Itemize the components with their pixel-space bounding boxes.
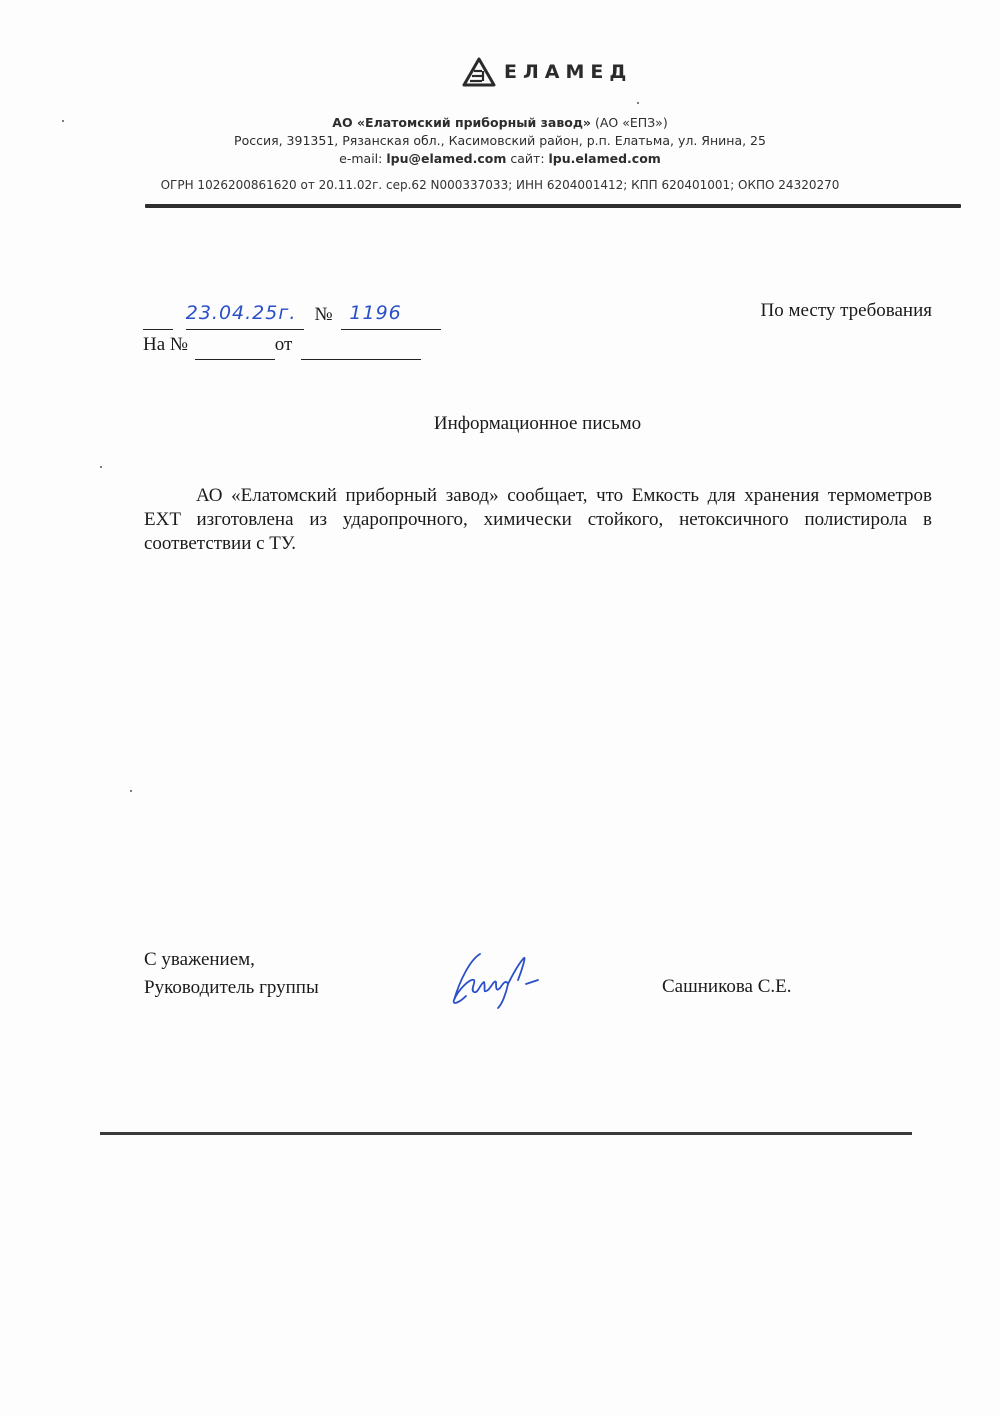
date-handwritten: 23.04.25г.: [186, 298, 297, 328]
company-info: АО «Елатомский приборный завод» (АО «ЕПЗ…: [0, 114, 1000, 168]
email-label: e-mail:: [339, 151, 386, 166]
outgoing-ref-line: 23.04.25г. № 1196: [143, 300, 441, 330]
handwritten-signature: [440, 950, 590, 1015]
company-logo: ЕЛАМЕД: [462, 54, 632, 90]
closing-block: С уважением, Руководитель группы: [144, 946, 319, 1002]
number-handwritten: 1196: [349, 298, 401, 328]
company-contacts: e-mail: lpu@elamed.com сайт: lpu.elamed.…: [0, 150, 1000, 168]
signature-icon: [440, 950, 590, 1010]
elamed-triangle-icon: [462, 57, 496, 87]
site-link[interactable]: lpu.elamed.com: [549, 151, 661, 166]
company-short-name: (АО «ЕПЗ»): [591, 115, 668, 130]
number-label: №: [315, 304, 333, 325]
addressee: По месту требования: [760, 300, 932, 322]
reference-block: 23.04.25г. № 1196 На № от: [143, 300, 441, 360]
from-label: от: [275, 334, 293, 355]
scan-speck: [637, 102, 639, 104]
letter-body: АО «Елатомский приборный завод» сообщает…: [144, 484, 932, 556]
site-label: сайт:: [506, 151, 548, 166]
company-address: Россия, 391351, Рязанская обл., Касимовс…: [0, 132, 1000, 150]
date-field: 23.04.25г.: [186, 307, 304, 330]
closing-greeting: С уважением,: [144, 946, 319, 974]
reply-date-blank: [301, 337, 421, 360]
registration-details: ОГРН 1026200861620 от 20.11.02г. сер.62 …: [0, 178, 1000, 192]
incoming-ref-line: На № от: [143, 330, 441, 360]
reply-number-blank: [195, 337, 275, 360]
number-field: 1196: [341, 307, 441, 330]
scan-speck: [100, 466, 102, 468]
reply-label: На №: [143, 334, 188, 355]
footer-divider: [100, 1132, 912, 1135]
signer-position: Руководитель группы: [144, 974, 319, 1002]
scan-speck: [62, 120, 64, 122]
body-paragraph: АО «Елатомский приборный завод» сообщает…: [144, 484, 932, 556]
letter-title: Информационное письмо: [0, 413, 1000, 435]
date-prefix-blank: [143, 307, 173, 330]
signer-name: Сашникова С.Е.: [662, 976, 792, 998]
company-name: АО «Елатомский приборный завод»: [332, 115, 591, 130]
email-link[interactable]: lpu@elamed.com: [386, 151, 506, 166]
header-divider: [145, 204, 961, 208]
logo-text: ЕЛАМЕД: [504, 61, 632, 83]
company-name-line: АО «Елатомский приборный завод» (АО «ЕПЗ…: [0, 114, 1000, 132]
scan-speck: [130, 790, 132, 792]
